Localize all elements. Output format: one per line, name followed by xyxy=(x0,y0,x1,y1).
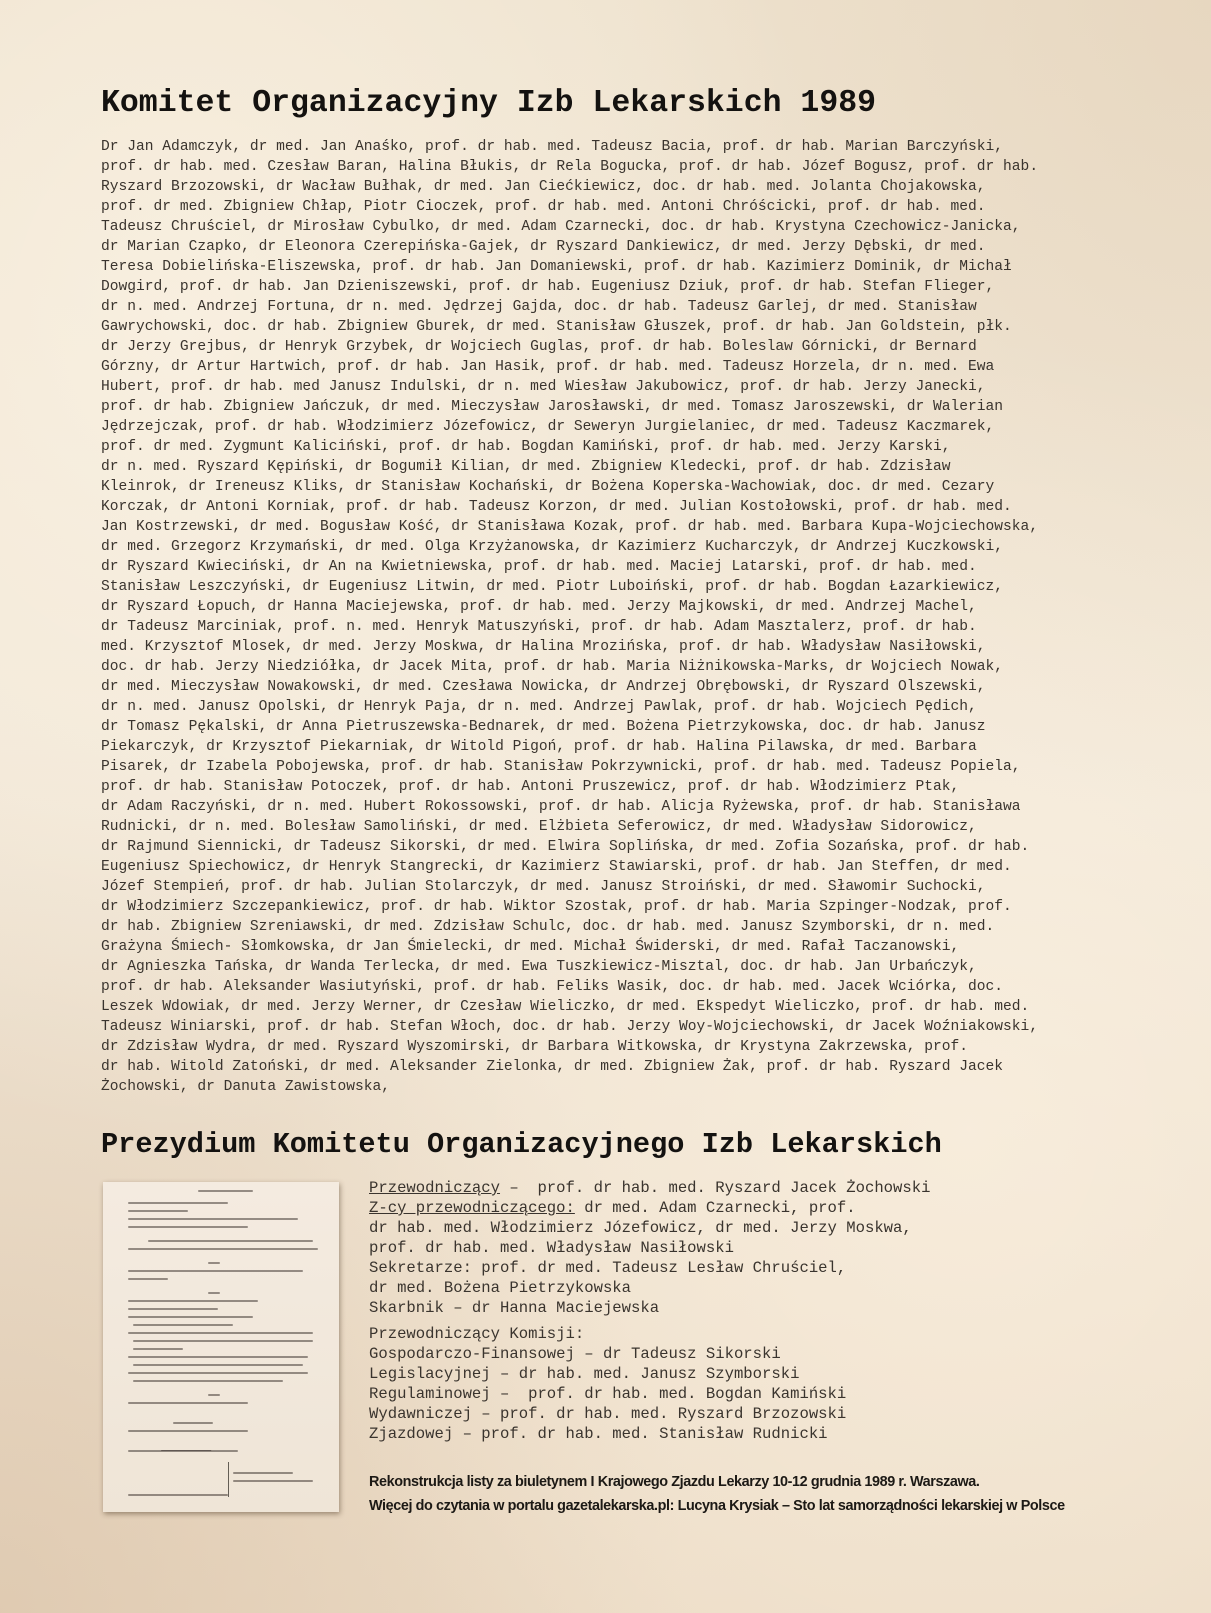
member-list-line: Stanisław Leszczyński, dr Eugeniusz Litw… xyxy=(101,577,1141,597)
presidium-title: Prezydium Komitetu Organizacyjnego Izb L… xyxy=(101,1128,942,1161)
member-list-line: dr n. med. Janusz Opolski, dr Henryk Paj… xyxy=(101,697,1141,717)
member-list-line: Józef Stempień, prof. dr hab. Julian Sto… xyxy=(101,877,1141,897)
member-list-line: dr hab. Zbigniew Szreniawski, dr med. Zd… xyxy=(101,917,1141,937)
member-list-line: prof. dr hab. Zbigniew Jańczuk, dr med. … xyxy=(101,397,1141,417)
scan-text-line xyxy=(128,1248,318,1250)
deputies-row: Z-cy przewodniczącego: dr med. Adam Czar… xyxy=(369,1198,930,1218)
presidium-line: dr med. Bożena Pietrzykowska xyxy=(369,1278,930,1298)
member-list-line: Piekarczyk, dr Krzysztof Piekarniak, dr … xyxy=(101,737,1141,757)
member-list-line: Gawrychowski, doc. dr hab. Zbigniew Gbur… xyxy=(101,317,1141,337)
member-list-line: dr Marian Czapko, dr Eleonora Czerepińsk… xyxy=(101,237,1141,257)
member-list-line: Tadeusz Chruściel, dr Mirosław Cybulko, … xyxy=(101,217,1141,237)
member-list-line: dr med. Grzegorz Krzymański, dr med. Olg… xyxy=(101,537,1141,557)
member-list-line: dr Ryszard Kwieciński, dr An na Kwietnie… xyxy=(101,557,1141,577)
member-list-line: dr n. med. Andrzej Fortuna, dr n. med. J… xyxy=(101,297,1141,317)
member-list-line: Grażyna Śmiech- Słomkowska, dr Jan Śmiel… xyxy=(101,937,1141,957)
scan-text-line xyxy=(128,1308,218,1310)
member-list-line: Tadeusz Winiarski, prof. dr hab. Stefan … xyxy=(101,1017,1141,1037)
member-list-line: Ryszard Brzozowski, dr Wacław Bułhak, dr… xyxy=(101,177,1141,197)
scan-text-line xyxy=(208,1292,220,1294)
secretaries-row: Sekretarze: prof. dr med. Tadeusz Lesław… xyxy=(369,1258,930,1278)
commissions-heading: Przewodniczący Komisji: xyxy=(369,1324,930,1344)
scan-text-line xyxy=(128,1300,258,1302)
scan-text-line xyxy=(128,1332,313,1334)
member-list-line: dr Rajmund Siennicki, dr Tadeusz Sikorsk… xyxy=(101,837,1141,857)
member-list-line: dr Tadeusz Marciniak, prof. n. med. Henr… xyxy=(101,617,1141,637)
resolution-document-scan xyxy=(103,1182,339,1512)
member-list-line: Eugeniusz Spiechowicz, dr Henryk Stangre… xyxy=(101,857,1141,877)
scan-text-line xyxy=(128,1430,248,1432)
member-list-line: Pisarek, dr Izabela Pobojewska, prof. dr… xyxy=(101,757,1141,777)
commission-row: Gospodarczo-Finansowej – dr Tadeusz Siko… xyxy=(369,1344,930,1364)
chair-value: – prof. dr hab. med. Ryszard Jacek Żocho… xyxy=(500,1179,930,1197)
footnote-read-more: Więcej do czytania w portalu gazetalekar… xyxy=(369,1494,1065,1518)
deputies-value: dr med. Adam Czarnecki, prof. xyxy=(575,1199,856,1217)
member-list-line: dr Adam Raczyński, dr n. med. Hubert Rok… xyxy=(101,797,1141,817)
member-list-line: med. Krzysztof Mlosek, dr med. Jerzy Mos… xyxy=(101,637,1141,657)
member-list-line: Teresa Dobielińska-Eliszewska, prof. dr … xyxy=(101,257,1141,277)
scan-text-line xyxy=(128,1218,298,1220)
member-list-line: Leszek Wdowiak, dr med. Jerzy Werner, dr… xyxy=(101,997,1141,1017)
stamp-mark xyxy=(228,1462,229,1497)
member-list-line: dr n. med. Ryszard Kępiński, dr Bogumił … xyxy=(101,457,1141,477)
member-list-line: Korczak, dr Antoni Korniak, prof. dr hab… xyxy=(101,497,1141,517)
scan-text-line xyxy=(128,1316,253,1318)
member-list-line: Żochowski, dr Danuta Zawistowska, xyxy=(101,1077,1141,1097)
member-list-line: prof. dr med. Zbigniew Chłap, Piotr Cioc… xyxy=(101,197,1141,217)
presidium-line: dr hab. med. Włodzimierz Józefowicz, dr … xyxy=(369,1218,930,1238)
member-list-line: prof. dr hab. med. Czesław Baran, Halina… xyxy=(101,157,1141,177)
scan-text-line xyxy=(233,1480,313,1482)
member-list-line: Górzny, dr Artur Hartwich, prof. dr hab.… xyxy=(101,357,1141,377)
scan-text-line xyxy=(148,1240,313,1242)
commission-row: Wydawniczej – prof. dr hab. med. Ryszard… xyxy=(369,1404,930,1424)
deputies-label: Z-cy przewodniczącego: xyxy=(369,1199,575,1217)
scan-text-line xyxy=(198,1190,253,1192)
source-footnote: Rekonstrukcja listy za biuletynem I Kraj… xyxy=(369,1470,1065,1518)
commission-row: Regulaminowej – prof. dr hab. med. Bogda… xyxy=(369,1384,930,1404)
chair-label: Przewodniczący xyxy=(369,1179,500,1197)
committee-title: Komitet Organizacyjny Izb Lekarskich 198… xyxy=(101,86,876,121)
commission-row: Legislacyjnej – dr hab. med. Janusz Szym… xyxy=(369,1364,930,1384)
scan-text-line xyxy=(133,1324,233,1326)
scan-text-line xyxy=(233,1472,293,1474)
scan-text-line xyxy=(133,1380,283,1382)
footnote-source: Rekonstrukcja listy za biuletynem I Kraj… xyxy=(369,1470,1065,1494)
member-list-line: dr Ryszard Łopuch, dr Hanna Maciejewska,… xyxy=(101,597,1141,617)
member-list-line: dr Agnieszka Tańska, dr Wanda Terlecka, … xyxy=(101,957,1141,977)
presidium-line: prof. dr hab. med. Władysław Nasiłowski xyxy=(369,1238,930,1258)
member-list-line: prof. dr hab. Aleksander Wasiutyński, pr… xyxy=(101,977,1141,997)
scan-text-line xyxy=(173,1422,213,1424)
scan-text-line xyxy=(133,1364,303,1366)
chair-row: Przewodniczący – prof. dr hab. med. Rysz… xyxy=(369,1178,930,1198)
scan-text-line xyxy=(128,1372,308,1374)
scan-text-line xyxy=(208,1394,220,1396)
member-list-line: Rudnicki, dr n. med. Bolesław Samoliński… xyxy=(101,817,1141,837)
scan-text-line xyxy=(128,1226,248,1228)
scan-text-line xyxy=(128,1494,228,1496)
member-list-line: Kleinrok, dr Ireneusz Kliks, dr Stanisła… xyxy=(101,477,1141,497)
member-list-line: dr hab. Witold Zatoński, dr med. Aleksan… xyxy=(101,1057,1141,1077)
member-list-line: dr Tomasz Pękalski, dr Anna Pietruszewsk… xyxy=(101,717,1141,737)
scan-text-line xyxy=(208,1262,220,1264)
member-list-line: doc. dr hab. Jerzy Niedziółka, dr Jacek … xyxy=(101,657,1141,677)
member-list-line: Jędrzejczak, prof. dr hab. Włodzimierz J… xyxy=(101,417,1141,437)
member-list-line: prof. dr med. Zygmunt Kaliciński, prof. … xyxy=(101,437,1141,457)
scan-text-line xyxy=(128,1270,303,1272)
scan-text-line xyxy=(128,1356,308,1358)
member-list-line: dr med. Mieczysław Nowakowski, dr med. C… xyxy=(101,677,1141,697)
treasurer-row: Skarbnik – dr Hanna Maciejewska xyxy=(369,1298,930,1318)
scan-text-line xyxy=(128,1278,168,1280)
committee-member-list: Dr Jan Adamczyk, dr med. Jan Anaśko, pro… xyxy=(101,137,1141,1097)
member-list-line: Dr Jan Adamczyk, dr med. Jan Anaśko, pro… xyxy=(101,137,1141,157)
scan-text-line xyxy=(133,1348,183,1350)
scan-text-line xyxy=(128,1450,238,1452)
member-list-line: Hubert, prof. dr hab. med Janusz Indulsk… xyxy=(101,377,1141,397)
scan-text-line xyxy=(128,1202,228,1204)
scan-text-line xyxy=(128,1210,188,1212)
member-list-line: Jan Kostrzewski, dr med. Bogusław Kość, … xyxy=(101,517,1141,537)
scan-text-line xyxy=(133,1340,313,1342)
commission-row: Zjazdowej – prof. dr hab. med. Stanisław… xyxy=(369,1424,930,1444)
member-list-line: prof. dr hab. Stanisław Potoczek, prof. … xyxy=(101,777,1141,797)
scan-text-line xyxy=(128,1402,248,1404)
member-list-line: dr Włodzimierz Szczepankiewicz, prof. dr… xyxy=(101,897,1141,917)
member-list-line: Dowgird, prof. dr hab. Jan Dzieniszewski… xyxy=(101,277,1141,297)
member-list-line: dr Jerzy Grejbus, dr Henryk Grzybek, dr … xyxy=(101,337,1141,357)
presidium-list: Przewodniczący – prof. dr hab. med. Rysz… xyxy=(369,1178,930,1444)
member-list-line: dr Zdzisław Wydra, dr med. Ryszard Wyszo… xyxy=(101,1037,1141,1057)
